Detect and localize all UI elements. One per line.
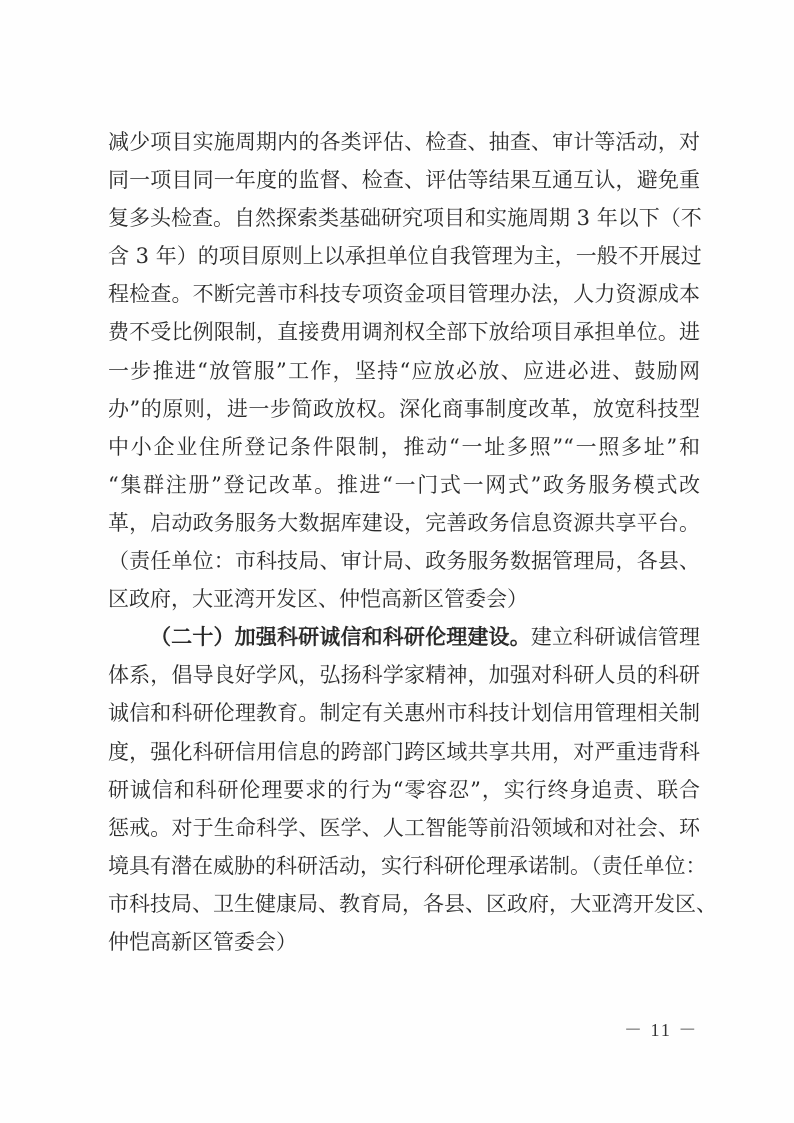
- text-line: “集群注册”登记改革。推进“一门式一网式”政务服务模式改: [108, 466, 700, 504]
- text-line: 含 3 年）的项目原则上以承担单位自我管理为主，一般不开展过: [108, 237, 700, 275]
- text-line: 度，强化科研信用信息的跨部门跨区域共享共用，对严重违背科: [108, 733, 700, 771]
- text-line: 同一项目同一年度的监督、检查、评估等结果互通互认，避免重: [108, 161, 700, 199]
- text-line: 体系，倡导良好学风，弘扬科学家精神，加强对科研人员的科研: [108, 656, 700, 694]
- page-number: － 11 －: [624, 1016, 698, 1042]
- section-heading-rest: 建立科研诚信管理: [531, 625, 700, 649]
- text-line: 境具有潜在威胁的科研活动，实行科研伦理承诺制。（责任单位：: [108, 847, 700, 885]
- section-heading: （二十）加强科研诚信和科研伦理建设。: [150, 624, 531, 649]
- text-line: 诚信和科研伦理教育。制定有关惠州市科技计划信用管理相关制: [108, 694, 700, 732]
- responsibility-line: 仲恺高新区管委会）: [108, 923, 700, 961]
- text-line: 革，启动政务服务大数据库建设，完善政务信息资源共享平台。: [108, 504, 700, 542]
- text-line: 一步推进“放管服”工作，坚持“应放必放、应进必进、鼓励网: [108, 352, 700, 390]
- text-line: 程检查。不断完善市科技专项资金项目管理办法，人力资源成本: [108, 275, 700, 313]
- text-line: 研诚信和科研伦理要求的行为“零容忍”，实行终身追责、联合: [108, 771, 700, 809]
- section-heading-line: （二十）加强科研诚信和科研伦理建设。建立科研诚信管理: [108, 618, 700, 656]
- text-line: 复多头检查。自然探索类基础研究项目和实施周期 3 年以下（不: [108, 199, 700, 237]
- text-line: 减少项目实施周期内的各类评估、检查、抽查、审计等活动，对: [108, 123, 700, 161]
- responsibility-line: （责任单位：市科技局、审计局、政务服务数据管理局，各县、: [108, 542, 700, 580]
- text-line: 惩戒。对于生命科学、医学、人工智能等前沿领域和对社会、环: [108, 809, 700, 847]
- text-line: 办”的原则，进一步简政放权。深化商事制度改革，放宽科技型: [108, 390, 700, 428]
- body-text: 减少项目实施周期内的各类评估、检查、抽查、审计等活动，对 同一项目同一年度的监督…: [108, 123, 700, 961]
- responsibility-line: 区政府，大亚湾开发区、仲恺高新区管委会）: [108, 580, 700, 618]
- document-page: 减少项目实施周期内的各类评估、检查、抽查、审计等活动，对 同一项目同一年度的监督…: [0, 0, 794, 1123]
- text-line: 费不受比例限制，直接费用调剂权全部下放给项目承担单位。进: [108, 313, 700, 351]
- text-line: 中小企业住所登记条件限制，推动“一址多照”“一照多址”和: [108, 428, 700, 466]
- responsibility-line: 市科技局、卫生健康局、教育局，各县、区政府，大亚湾开发区、: [108, 885, 700, 923]
